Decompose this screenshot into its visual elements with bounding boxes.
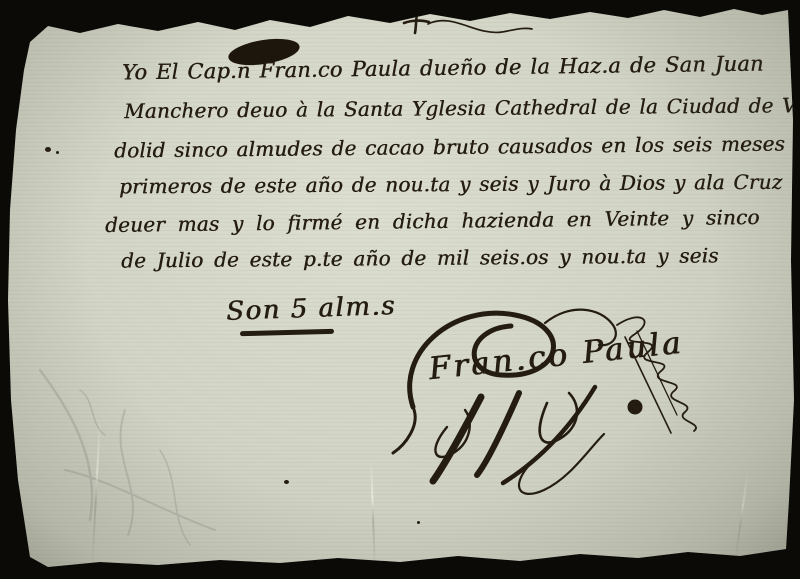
manuscript-line: dolid sinco almudes de cacao bruto causa… <box>114 131 785 162</box>
photo-background: Yo El Cap.n Fran.co Paula dueño de la Ha… <box>0 0 800 579</box>
invocation-cross-icon <box>390 8 540 44</box>
signature-flourish <box>385 295 695 485</box>
manuscript-line: primeros de este año de nou.ta y seis y … <box>119 170 800 199</box>
manuscript-line: Yo El Cap.n Fran.co Paula dueño de la Ha… <box>122 52 764 85</box>
ghost-writing <box>20 330 280 560</box>
crease-line <box>370 460 376 570</box>
crease-line <box>733 470 749 569</box>
paper-sheet: Yo El Cap.n Fran.co Paula dueño de la Ha… <box>0 0 800 579</box>
manuscript-line: deuer mas y lo firmé en dicha hazienda e… <box>105 205 760 237</box>
ink-speck <box>284 480 289 484</box>
ink-speck <box>417 521 420 524</box>
ink-speck <box>56 151 59 154</box>
manuscript-line: de Julio de este p.te año de mil seis.os… <box>121 243 719 272</box>
sum-note: Son 5 alm.s <box>226 291 397 327</box>
manuscript-line: Manchero deuo à la Santa Yglesia Cathedr… <box>124 93 800 123</box>
ink-speck <box>45 147 51 152</box>
